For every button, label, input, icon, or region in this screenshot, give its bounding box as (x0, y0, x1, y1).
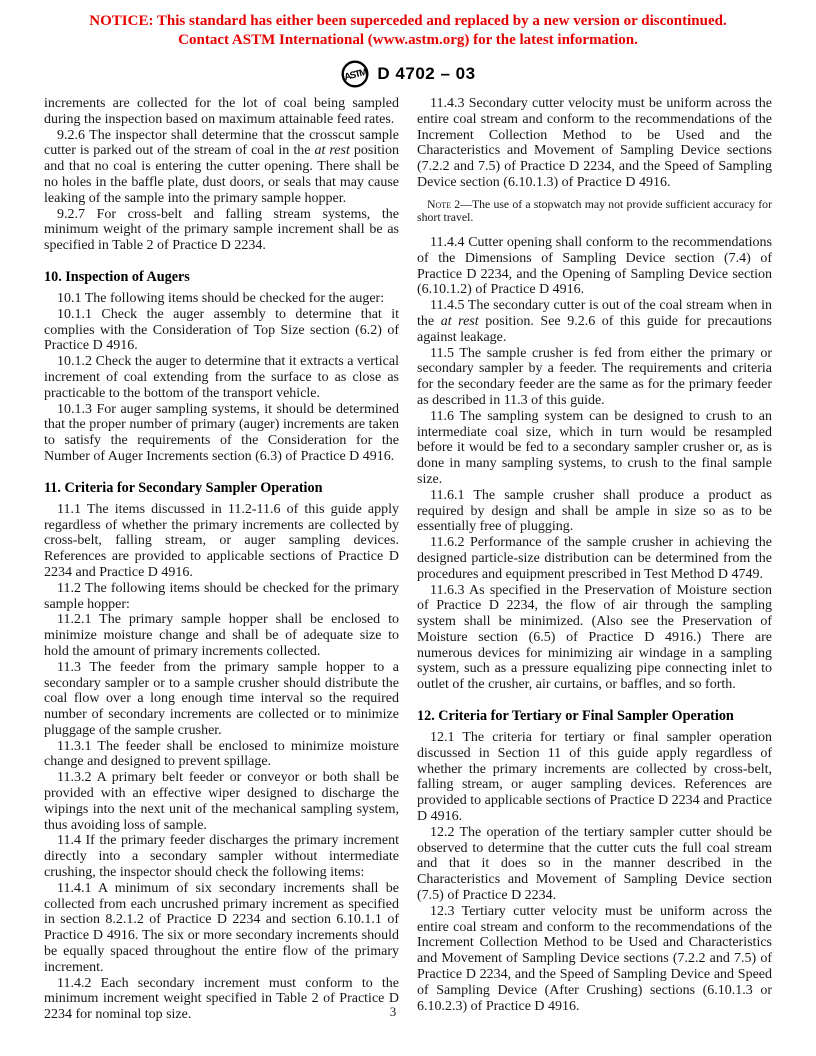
paragraph: 11.4 If the primary feeder discharges th… (44, 833, 399, 880)
paragraph: 11.2 The following items should be check… (44, 581, 399, 613)
paragraph: 10.1 The following items should be check… (44, 291, 399, 307)
paragraph: 11.6 The sampling system can be designed… (417, 409, 772, 488)
paragraph: 11.6.3 As specified in the Preservation … (417, 583, 772, 694)
document-page: NOTICE: This standard has either been su… (0, 0, 816, 1056)
paragraph: 11.3 The feeder from the primary sample … (44, 660, 399, 739)
paragraph: 11.6.2 Performance of the sample crusher… (417, 535, 772, 582)
paragraph: 11.5 The sample crusher is fed from eith… (417, 346, 772, 409)
paragraph: 11.6.1 The sample crusher shall produce … (417, 488, 772, 535)
page-number: 3 (0, 1004, 786, 1020)
astm-logo-icon: ASTM (340, 59, 370, 89)
section-heading: 10. Inspection of Augers (44, 269, 399, 285)
paragraph: 10.1.3 For auger sampling systems, it sh… (44, 402, 399, 465)
notice-line-2: Contact ASTM International (www.astm.org… (0, 31, 816, 50)
paragraph: 9.2.6 The inspector shall determine that… (44, 128, 399, 207)
paragraph: 10.1.2 Check the auger to determine that… (44, 354, 399, 401)
paragraph: 11.4.5 The secondary cutter is out of th… (417, 298, 772, 345)
supersession-notice: NOTICE: This standard has either been su… (0, 0, 816, 50)
paragraph: 11.2.1 The primary sample hopper shall b… (44, 612, 399, 659)
paragraph: 12.2 The operation of the tertiary sampl… (417, 825, 772, 904)
paragraph: 12.3 Tertiary cutter velocity must be un… (417, 904, 772, 1015)
left-column: increments are collected for the lot of … (44, 96, 399, 1023)
notice-line-1: NOTICE: This standard has either been su… (0, 12, 816, 31)
paragraph: 12.1 The criteria for tertiary or final … (417, 730, 772, 825)
standard-designation: D 4702 – 03 (377, 64, 475, 84)
paragraph: 11.4.3 Secondary cutter velocity must be… (417, 96, 772, 191)
paragraph: 11.4.4 Cutter opening shall conform to t… (417, 235, 772, 298)
paragraph: 9.2.7 For cross-belt and falling stream … (44, 207, 399, 254)
section-heading: 11. Criteria for Secondary Sampler Opera… (44, 480, 399, 496)
right-column: 11.4.3 Secondary cutter velocity must be… (417, 96, 772, 1023)
standard-designation-row: ASTM D 4702 – 03 (0, 59, 816, 89)
body-columns: increments are collected for the lot of … (44, 96, 772, 1023)
note-text: Note 2—The use of a stopwatch may not pr… (417, 198, 772, 225)
section-heading: 12. Criteria for Tertiary or Final Sampl… (417, 708, 772, 724)
paragraph: 11.3.2 A primary belt feeder or conveyor… (44, 770, 399, 833)
paragraph: 11.3.1 The feeder shall be enclosed to m… (44, 739, 399, 771)
paragraph: 11.4.1 A minimum of six secondary increm… (44, 881, 399, 976)
paragraph: 10.1.1 Check the auger assembly to deter… (44, 307, 399, 354)
paragraph: increments are collected for the lot of … (44, 96, 399, 128)
paragraph: 11.1 The items discussed in 11.2-11.6 of… (44, 502, 399, 581)
